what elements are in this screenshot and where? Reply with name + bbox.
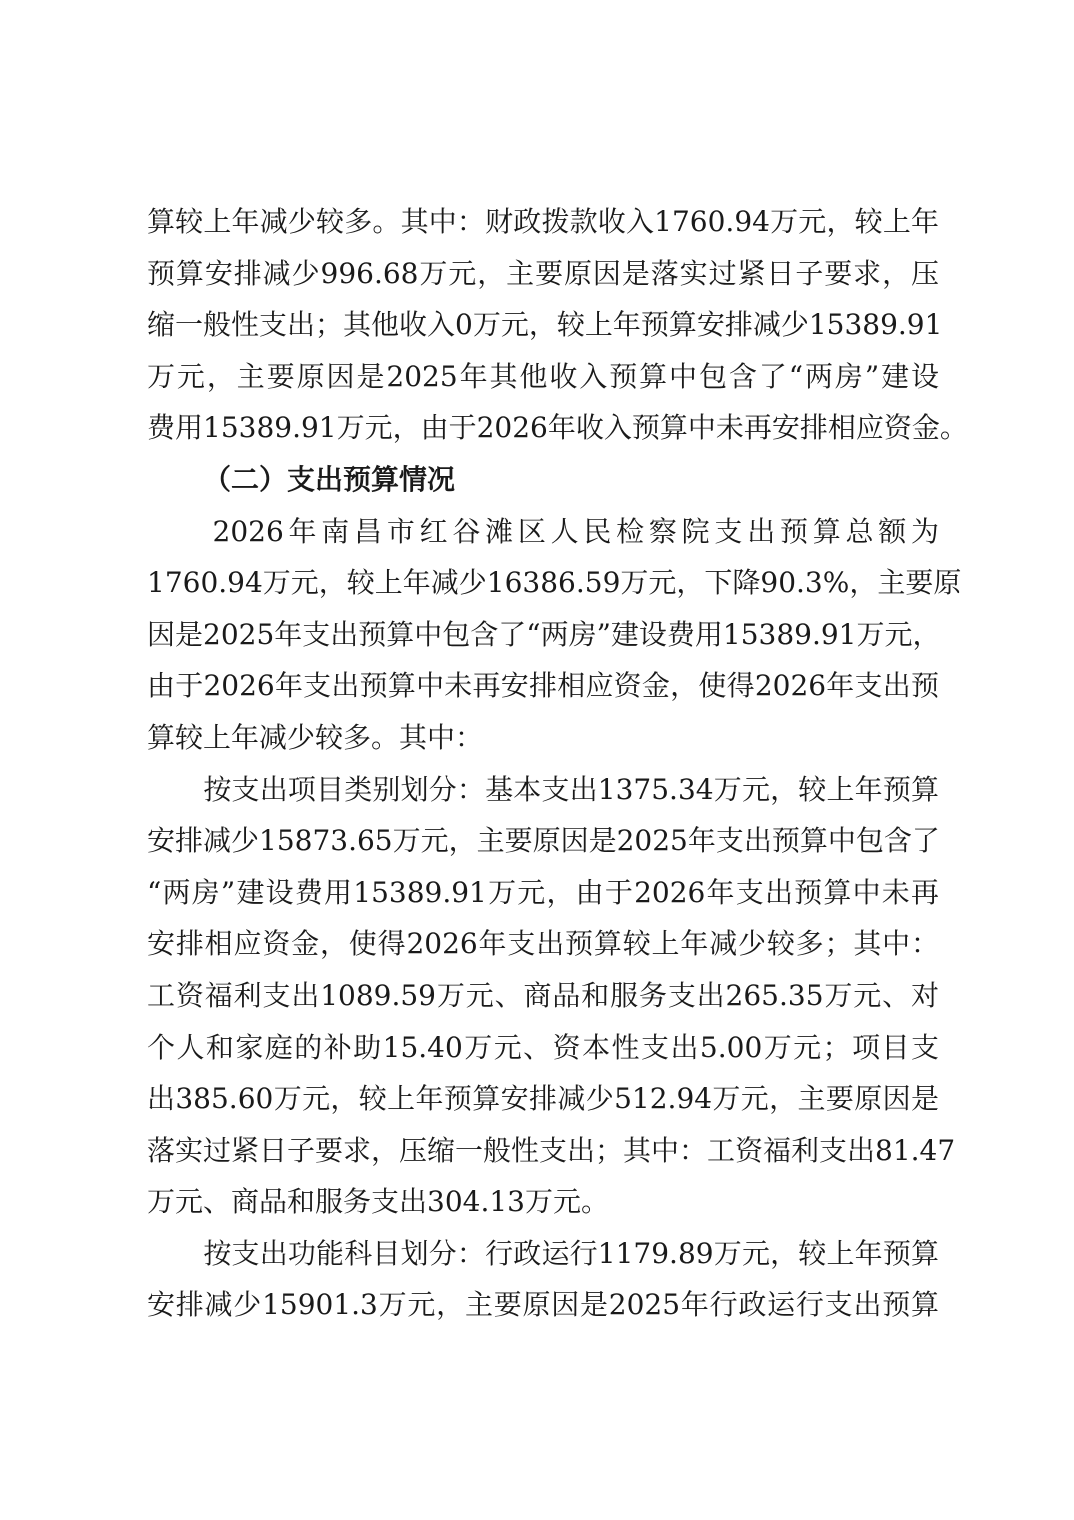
paragraph-line: 预算安排减少996.68万元，主要原因是落实过紧日子要求，压 <box>147 248 939 300</box>
paragraph-line: 1760.94万元，较上年减少16386.59万元，下降90.3%，主要原 <box>147 557 939 609</box>
paragraph-line: 缩一般性支出；其他收入0万元，较上年预算安排减少15389.91 <box>147 299 939 351</box>
paragraph-line: 落实过紧日子要求，压缩一般性支出；其中：工资福利支出81.47 <box>147 1125 939 1177</box>
paragraph-line: 2026年南昌市红谷滩区人民检察院支出预算总额为 <box>147 506 939 558</box>
paragraph-line: 安排减少15901.3万元，主要原因是2025年行政运行支出预算 <box>147 1279 939 1331</box>
paragraph-line: 出385.60万元，较上年预算安排减少512.94万元，主要原因是 <box>147 1073 939 1125</box>
paragraph-line: 安排减少15873.65万元，主要原因是2025年支出预算中包含了 <box>147 815 939 867</box>
paragraph-line: “两房”建设费用15389.91万元，由于2026年支出预算中未再 <box>147 867 939 919</box>
paragraph-line: 由于2026年支出预算中未再安排相应资金，使得2026年支出预 <box>147 660 939 712</box>
paragraph-line: 算较上年减少较多。其中： <box>147 712 939 764</box>
section-heading: （二）支出预算情况 <box>147 454 939 506</box>
paragraph-line: 因是2025年支出预算中包含了“两房”建设费用15389.91万元， <box>147 609 939 661</box>
paragraph-line: 个人和家庭的补助15.40万元、资本性支出5.00万元；项目支 <box>147 1022 939 1074</box>
document-page: 算较上年减少较多。其中：财政拨款收入1760.94万元，较上年 预算安排减少99… <box>147 196 939 1331</box>
paragraph-line: 万元，主要原因是2025年其他收入预算中包含了“两房”建设 <box>147 351 939 403</box>
paragraph-line: 按支出项目类别划分：基本支出1375.34万元，较上年预算 <box>147 764 939 816</box>
paragraph-line: 安排相应资金，使得2026年支出预算较上年减少较多；其中： <box>147 918 939 970</box>
paragraph-line: 算较上年减少较多。其中：财政拨款收入1760.94万元，较上年 <box>147 196 939 248</box>
paragraph-line: 万元、商品和服务支出304.13万元。 <box>147 1176 939 1228</box>
paragraph-line: 按支出功能科目划分：行政运行1179.89万元，较上年预算 <box>147 1228 939 1280</box>
paragraph-line: 工资福利支出1089.59万元、商品和服务支出265.35万元、对 <box>147 970 939 1022</box>
paragraph-line: 费用15389.91万元，由于2026年收入预算中未再安排相应资金。 <box>147 402 939 454</box>
